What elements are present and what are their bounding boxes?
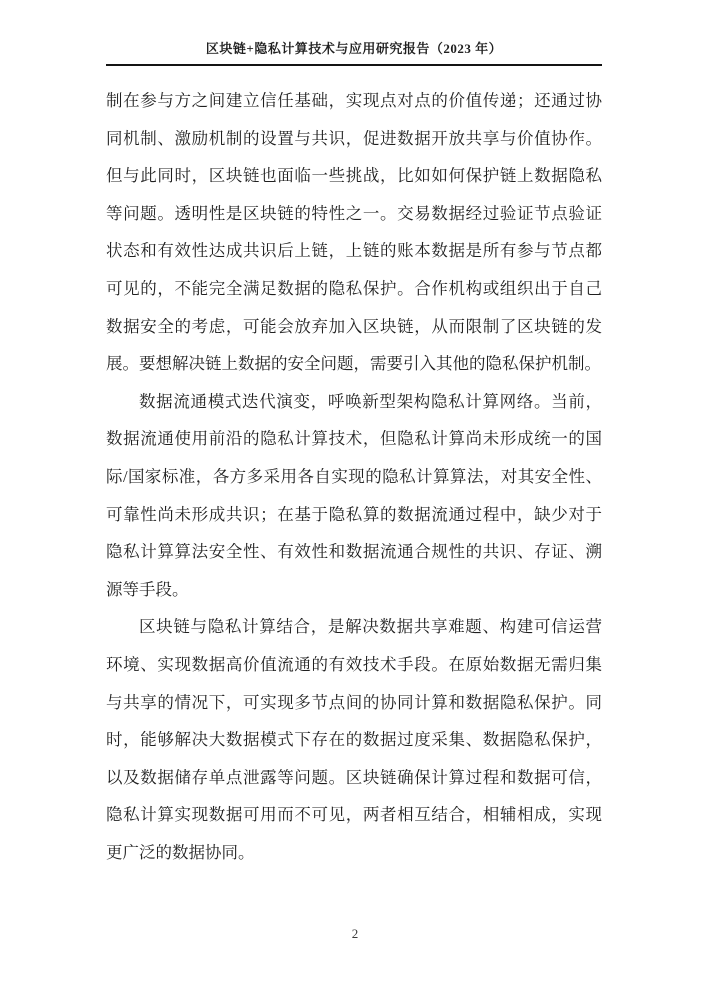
text-line: 展。要想解决链上数据的安全问题，需要引入其他的隐私保护机制。 [106, 345, 602, 383]
text-line: 数据流通模式迭代演变，呼唤新型架构隐私计算网络。当前， [106, 383, 602, 421]
page-number: 2 [0, 926, 710, 942]
text-line: 时，能够解决大数据模式下存在的数据过度采集、数据隐私保护， [106, 721, 602, 759]
text-line: 状态和有效性达成共识后上链，上链的账本数据是所有参与节点都 [106, 232, 602, 270]
text-line: 数据安全的考虑，可能会放弃加入区块链，从而限制了区块链的发 [106, 308, 602, 346]
text-line: 环境、实现数据高价值流通的有效技术手段。在原始数据无需归集 [106, 646, 602, 684]
text-line: 际/国家标准，各方多采用各自实现的隐私计算算法，对其安全性、 [106, 458, 602, 496]
text-line: 同机制、激励机制的设置与共识，促进数据开放共享与价值协作。 [106, 120, 602, 158]
page-header: 区块链+隐私计算技术与应用研究报告（2023 年） [106, 37, 602, 66]
text-line: 与共享的情况下，可实现多节点间的协同计算和数据隐私保护。同 [106, 684, 602, 722]
text-line: 可靠性尚未形成共识；在基于隐私算的数据流通过程中，缺少对于 [106, 496, 602, 534]
text-line: 源等手段。 [106, 571, 602, 609]
text-line: 等问题。透明性是区块链的特性之一。交易数据经过验证节点验证 [106, 195, 602, 233]
text-line: 区块链与隐私计算结合，是解决数据共享难题、构建可信运营 [106, 608, 602, 646]
body-text: 制在参与方之间建立信任基础，实现点对点的价值传递；还通过协同机制、激励机制的设置… [106, 82, 602, 871]
text-line: 隐私计算实现数据可用而不可见，两者相互结合，相辅相成，实现 [106, 796, 602, 834]
text-line: 制在参与方之间建立信任基础，实现点对点的价值传递；还通过协 [106, 82, 602, 120]
text-line: 但与此同时，区块链也面临一些挑战，比如如何保护链上数据隐私 [106, 157, 602, 195]
text-line: 以及数据储存单点泄露等问题。区块链确保计算过程和数据可信， [106, 759, 602, 797]
text-line: 隐私计算算法安全性、有效性和数据流通合规性的共识、存证、溯 [106, 533, 602, 571]
text-line: 数据流通使用前沿的隐私计算技术，但隐私计算尚未形成统一的国 [106, 420, 602, 458]
document-page: 区块链+隐私计算技术与应用研究报告（2023 年） 制在参与方之间建立信任基础，… [0, 0, 710, 1004]
text-line: 可见的，不能完全满足数据的隐私保护。合作机构或组织出于自己 [106, 270, 602, 308]
page-header-title: 区块链+隐私计算技术与应用研究报告（2023 年） [206, 41, 502, 56]
text-line: 更广泛的数据协同。 [106, 834, 602, 872]
